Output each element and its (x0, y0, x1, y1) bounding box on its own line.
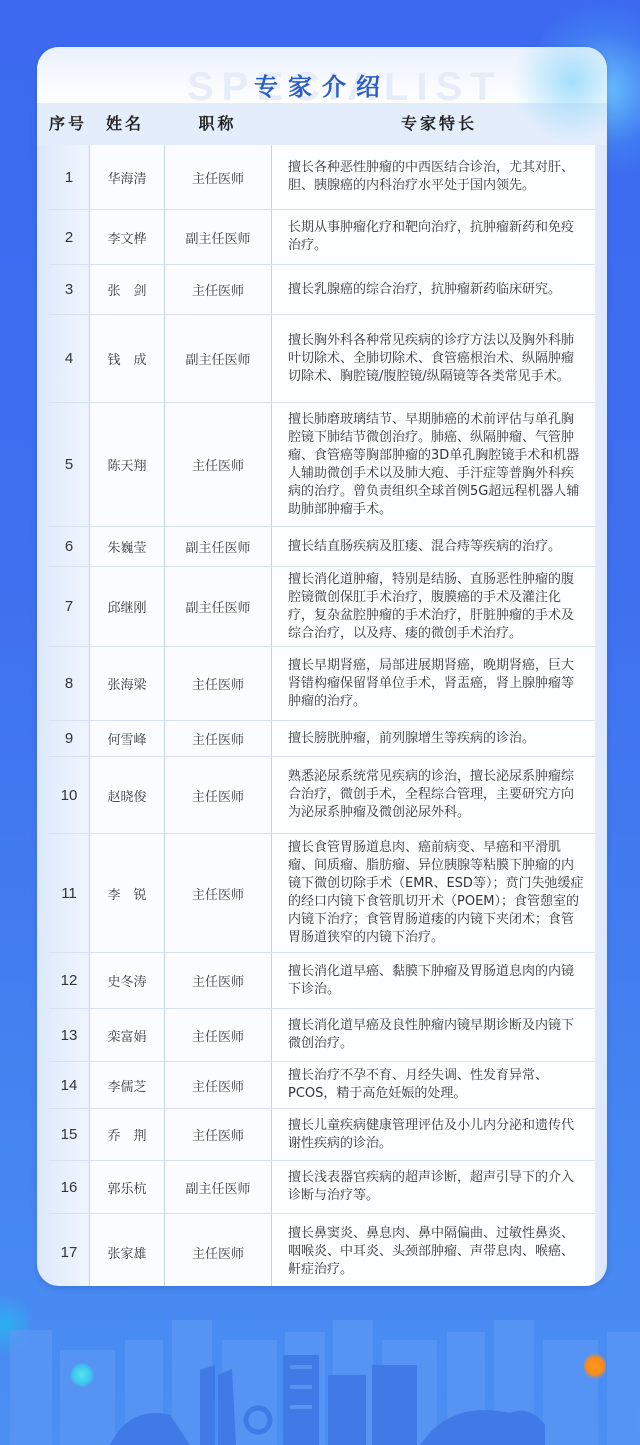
specialty-text: 擅长消化道早癌、黏膜下肿瘤及胃肠道息肉的内镜下诊治。 (288, 963, 585, 999)
expert-name: 李文桦 (89, 210, 164, 264)
expert-specialty: 擅长早期肾癌，局部进展期肾癌，晚期肾癌，巨大肾错构瘤保留肾单位手术，肾盂癌，肾上… (271, 647, 595, 720)
row-number: 2 (49, 210, 89, 264)
header-no: 序号 (45, 103, 91, 145)
specialty-text: 擅长儿童疾病健康管理评估及小儿内分泌和遗传代谢性疾病的诊治。 (288, 1117, 585, 1153)
specialty-text: 擅长结直肠疾病及肛瘘、混合痔等疾病的治疗。 (288, 538, 585, 556)
expert-card: SPECIALIST 专家介绍 序号 姓名 职称 专家特长 1华海清主任医师擅长… (37, 47, 607, 1286)
row-number: 6 (49, 527, 89, 566)
row-number: 3 (49, 265, 89, 314)
table-row: 4钱 成副主任医师擅长胸外科各种常见疾病的诊疗方法以及胸外科肺叶切除术、全肺切除… (49, 315, 595, 403)
decorative-cyan-dot (70, 1363, 94, 1387)
expert-name: 张家雄 (89, 1214, 164, 1286)
specialty-text: 擅长治疗不孕不育、月经失调、性发育异常、PCOS，精于高危妊娠的处理。 (288, 1067, 585, 1103)
table-row: 17张家雄主任医师擅长鼻窦炎、鼻息肉、鼻中隔偏曲、过敏性鼻炎、咽喉炎、中耳炎、头… (49, 1214, 595, 1286)
specialty-text: 熟悉泌尿系统常见疾病的诊治，擅长泌尿系肿瘤综合治疗，微创手术，全程综合管理，主要… (288, 768, 585, 822)
specialty-text: 擅长各种恶性肿瘤的中西医结合诊治，尤其对肝、胆、胰腺癌的内科治疗水平处于国内领先… (288, 159, 585, 195)
table-row: 9何雪峰主任医师擅长膀胱肿瘤，前列腺增生等疾病的诊治。 (49, 721, 595, 757)
table-row: 11李 锐主任医师擅长食管胃肠道息肉、癌前病变、早癌和平滑肌瘤、间质瘤、脂肪瘤、… (49, 834, 595, 953)
expert-name: 李儒芝 (89, 1062, 164, 1108)
expert-title: 主任医师 (164, 1214, 271, 1286)
row-number: 10 (49, 757, 89, 833)
expert-name: 赵晓俊 (89, 757, 164, 833)
expert-specialty: 长期从事肿瘤化疗和靶向治疗，抗肿瘤新药和免疫治疗。 (271, 210, 595, 264)
title-band: SPECIALIST 专家介绍 (37, 47, 607, 103)
expert-title: 副主任医师 (164, 210, 271, 264)
specialty-text: 擅长消化道早癌及良性肿瘤内镜早期诊断及内镜下微创治疗。 (288, 1017, 585, 1053)
row-number: 16 (49, 1161, 89, 1213)
expert-title: 主任医师 (164, 953, 271, 1008)
expert-title: 主任医师 (164, 403, 271, 526)
table-row: 7邱继刚副主任医师擅长消化道肿瘤，特别是结肠、直肠恶性肿瘤的腹腔镜微创保肛手术治… (49, 567, 595, 647)
specialty-text: 擅长早期肾癌，局部进展期肾癌，晚期肾癌，巨大肾错构瘤保留肾单位手术，肾盂癌，肾上… (288, 657, 585, 711)
table-row: 5陈天翔主任医师擅长肺磨玻璃结节、早期肺癌的术前评估与单孔胸腔镜下肺结节微创治疗… (49, 403, 595, 527)
table-row: 14李儒芝主任医师擅长治疗不孕不育、月经失调、性发育异常、PCOS，精于高危妊娠… (49, 1062, 595, 1109)
expert-title: 主任医师 (164, 1109, 271, 1160)
header-name: 姓名 (95, 103, 155, 145)
row-number: 14 (49, 1062, 89, 1108)
specialty-text: 擅长肺磨玻璃结节、早期肺癌的术前评估与单孔胸腔镜下肺结节微创治疗。肺癌、纵隔肿瘤… (288, 411, 585, 519)
expert-title: 副主任医师 (164, 315, 271, 402)
specialty-text: 擅长鼻窦炎、鼻息肉、鼻中隔偏曲、过敏性鼻炎、咽喉炎、中耳炎、头颈部肿瘤、声带息肉… (288, 1225, 585, 1279)
expert-title: 副主任医师 (164, 1161, 271, 1213)
row-number: 17 (49, 1214, 89, 1286)
expert-specialty: 擅长消化道早癌、黏膜下肿瘤及胃肠道息肉的内镜下诊治。 (271, 953, 595, 1008)
table-row: 1华海清主任医师擅长各种恶性肿瘤的中西医结合诊治，尤其对肝、胆、胰腺癌的内科治疗… (49, 145, 595, 210)
row-number: 13 (49, 1009, 89, 1061)
specialty-text: 擅长浅表器官疾病的超声诊断，超声引导下的介入诊断与治疗等。 (288, 1169, 585, 1205)
expert-title: 副主任医师 (164, 527, 271, 566)
expert-name: 史冬涛 (89, 953, 164, 1008)
expert-specialty: 擅长膀胱肿瘤，前列腺增生等疾病的诊治。 (271, 721, 595, 756)
row-number: 1 (49, 145, 89, 209)
expert-title: 主任医师 (164, 757, 271, 833)
table-row: 3张 剑主任医师擅长乳腺癌的综合治疗，抗肿瘤新药临床研究。 (49, 265, 595, 315)
expert-name: 朱巍莹 (89, 527, 164, 566)
table-row: 12史冬涛主任医师擅长消化道早癌、黏膜下肿瘤及胃肠道息肉的内镜下诊治。 (49, 953, 595, 1009)
row-number: 9 (49, 721, 89, 756)
expert-specialty: 擅长消化道肿瘤，特别是结肠、直肠恶性肿瘤的腹腔镜微创保肛手术治疗，腹膜癌的手术及… (271, 567, 595, 646)
page-title: 专家介绍 (37, 67, 607, 102)
table-row: 13栾富娟主任医师擅长消化道早癌及良性肿瘤内镜早期诊断及内镜下微创治疗。 (49, 1009, 595, 1062)
expert-name: 张 剑 (89, 265, 164, 314)
expert-name: 乔 荆 (89, 1109, 164, 1160)
table-row: 2李文桦副主任医师长期从事肿瘤化疗和靶向治疗，抗肿瘤新药和免疫治疗。 (49, 210, 595, 265)
specialty-text: 擅长乳腺癌的综合治疗，抗肿瘤新药临床研究。 (288, 281, 585, 299)
expert-specialty: 擅长结直肠疾病及肛瘘、混合痔等疾病的治疗。 (271, 527, 595, 566)
specialty-text: 长期从事肿瘤化疗和靶向治疗，抗肿瘤新药和免疫治疗。 (288, 219, 585, 255)
header-specialty: 专家特长 (271, 103, 607, 145)
expert-specialty: 擅长各种恶性肿瘤的中西医结合诊治，尤其对肝、胆、胰腺癌的内科治疗水平处于国内领先… (271, 145, 595, 209)
table-row: 8张海梁主任医师擅长早期肾癌，局部进展期肾癌，晚期肾癌，巨大肾错构瘤保留肾单位手… (49, 647, 595, 721)
table-row: 10赵晓俊主任医师熟悉泌尿系统常见疾病的诊治，擅长泌尿系肿瘤综合治疗，微创手术，… (49, 757, 595, 834)
specialty-text: 擅长消化道肿瘤，特别是结肠、直肠恶性肿瘤的腹腔镜微创保肛手术治疗，腹膜癌的手术及… (288, 571, 585, 643)
expert-title: 主任医师 (164, 834, 271, 952)
expert-title: 主任医师 (164, 265, 271, 314)
table-row: 15乔 荆主任医师擅长儿童疾病健康管理评估及小儿内分泌和遗传代谢性疾病的诊治。 (49, 1109, 595, 1161)
expert-name: 钱 成 (89, 315, 164, 402)
expert-specialty: 擅长浅表器官疾病的超声诊断，超声引导下的介入诊断与治疗等。 (271, 1161, 595, 1213)
expert-name: 李 锐 (89, 834, 164, 952)
expert-specialty: 擅长乳腺癌的综合治疗，抗肿瘤新药临床研究。 (271, 265, 595, 314)
expert-specialty: 擅长肺磨玻璃结节、早期肺癌的术前评估与单孔胸腔镜下肺结节微创治疗。肺癌、纵隔肿瘤… (271, 403, 595, 526)
expert-name: 邱继刚 (89, 567, 164, 646)
row-number: 8 (49, 647, 89, 720)
specialty-text: 擅长胸外科各种常见疾病的诊疗方法以及胸外科肺叶切除术、全肺切除术、食管癌根治术、… (288, 332, 585, 386)
expert-specialty: 擅长治疗不孕不育、月经失调、性发育异常、PCOS，精于高危妊娠的处理。 (271, 1062, 595, 1108)
expert-specialty: 擅长鼻窦炎、鼻息肉、鼻中隔偏曲、过敏性鼻炎、咽喉炎、中耳炎、头颈部肿瘤、声带息肉… (271, 1214, 595, 1286)
cityscape-illustration (0, 1305, 640, 1445)
expert-title: 主任医师 (164, 145, 271, 209)
expert-specialty: 擅长食管胃肠道息肉、癌前病变、早癌和平滑肌瘤、间质瘤、脂肪瘤、异位胰腺等粘膜下肿… (271, 834, 595, 952)
row-number: 4 (49, 315, 89, 402)
row-number: 11 (49, 834, 89, 952)
table-row: 16郭乐杭副主任医师擅长浅表器官疾病的超声诊断，超声引导下的介入诊断与治疗等。 (49, 1161, 595, 1214)
expert-name: 华海清 (89, 145, 164, 209)
expert-title: 主任医师 (164, 647, 271, 720)
expert-name: 栾富娟 (89, 1009, 164, 1061)
expert-specialty: 擅长胸外科各种常见疾病的诊疗方法以及胸外科肺叶切除术、全肺切除术、食管癌根治术、… (271, 315, 595, 402)
expert-name: 郭乐杭 (89, 1161, 164, 1213)
expert-specialty: 熟悉泌尿系统常见疾病的诊治，擅长泌尿系肿瘤综合治疗，微创手术，全程综合管理，主要… (271, 757, 595, 833)
table-header: 序号 姓名 职称 专家特长 (37, 103, 607, 145)
expert-title: 主任医师 (164, 1062, 271, 1108)
expert-specialty: 擅长儿童疾病健康管理评估及小儿内分泌和遗传代谢性疾病的诊治。 (271, 1109, 595, 1160)
expert-title: 副主任医师 (164, 567, 271, 646)
expert-name: 陈天翔 (89, 403, 164, 526)
row-number: 5 (49, 403, 89, 526)
decorative-orange-dot (584, 1352, 606, 1380)
row-number: 12 (49, 953, 89, 1008)
row-number: 7 (49, 567, 89, 646)
specialty-text: 擅长膀胱肿瘤，前列腺增生等疾病的诊治。 (288, 730, 585, 748)
expert-specialty: 擅长消化道早癌及良性肿瘤内镜早期诊断及内镜下微创治疗。 (271, 1009, 595, 1061)
expert-name: 何雪峰 (89, 721, 164, 756)
specialty-text: 擅长食管胃肠道息肉、癌前病变、早癌和平滑肌瘤、间质瘤、脂肪瘤、异位胰腺等粘膜下肿… (288, 839, 585, 947)
table-row: 6朱巍莹副主任医师擅长结直肠疾病及肛瘘、混合痔等疾病的治疗。 (49, 527, 595, 567)
row-number: 15 (49, 1109, 89, 1160)
expert-title: 主任医师 (164, 721, 271, 756)
expert-title: 主任医师 (164, 1009, 271, 1061)
expert-name: 张海梁 (89, 647, 164, 720)
header-title: 职称 (164, 103, 271, 145)
